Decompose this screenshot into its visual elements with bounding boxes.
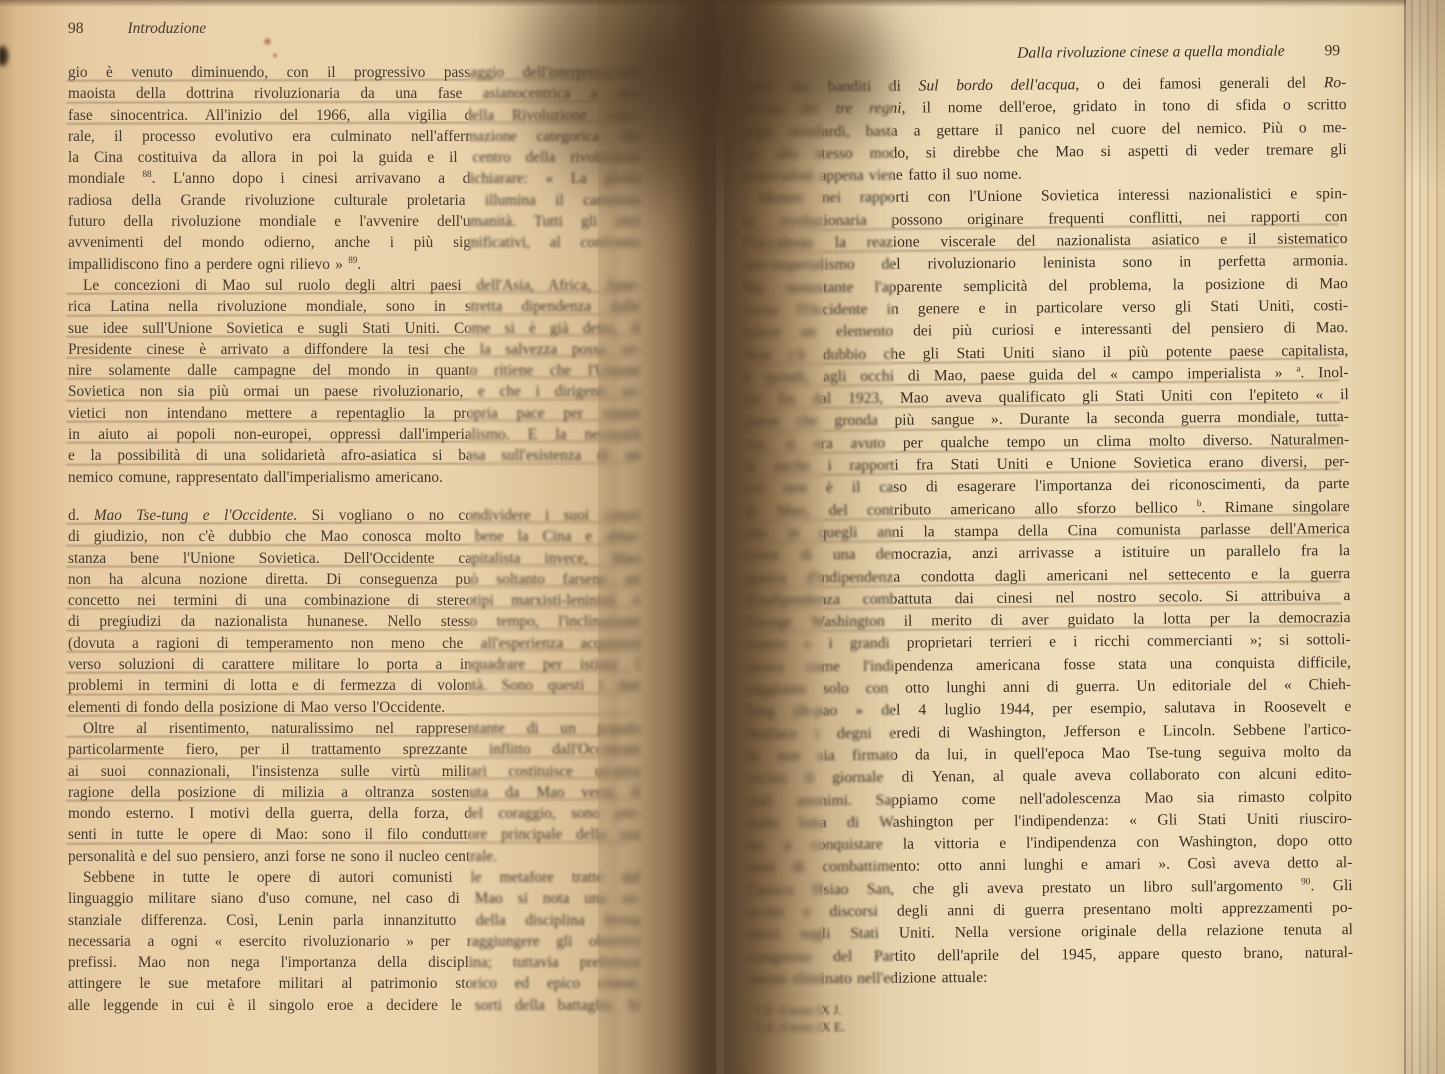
text-line: d. Mao Tse-tung e l'Occidente. Si voglia… bbox=[68, 505, 640, 526]
right-page-footnotes: a Cfr. il testo IX J.b Cfr. il testo IX … bbox=[750, 998, 1354, 1037]
text-line: Oltre al risentimento, naturalissimo nel… bbox=[68, 718, 640, 739]
paper-stain bbox=[263, 36, 272, 47]
text-line: e la possibilità di una solidarietà afro… bbox=[68, 445, 640, 466]
text-line: futuro della rivoluzione mondiale e l'av… bbox=[68, 211, 640, 232]
text-line: Le concezioni di Mao sul ruolo degli alt… bbox=[68, 275, 640, 296]
text-line: (dovuta a ragioni di temperamento non me… bbox=[68, 633, 640, 654]
text-line: Sovietica non sia più ormai un paese riv… bbox=[68, 381, 640, 402]
text-line: linguaggio militare siano d'uso comune, … bbox=[68, 888, 640, 909]
text-line: problemi in termini di lotta e di fermez… bbox=[68, 675, 640, 696]
left-page-number: 98 bbox=[68, 20, 84, 38]
text-line: alle leggende in cui è il singolo eroe a… bbox=[68, 995, 640, 1016]
text-line: rica Latina nella rivoluzione mondiale, … bbox=[68, 296, 640, 317]
text-line: stanza bene l'Unione Sovietica. Dell'Occ… bbox=[68, 548, 640, 569]
text-line: particolarmente fiero, per il trattament… bbox=[68, 739, 640, 760]
text-line: nemico comune, rappresentato dall'imperi… bbox=[68, 467, 640, 488]
text-line: radiosa della Grande rivoluzione cultura… bbox=[68, 190, 640, 211]
paper-stain-small bbox=[272, 52, 278, 59]
right-page-body: vanti dei banditi di Sul bordo dell'acqu… bbox=[742, 72, 1353, 991]
text-line: senti in tutte le opere di Mao: sono il … bbox=[68, 824, 640, 845]
text-line: mondiale 88. L'anno dopo i cinesi arriva… bbox=[68, 168, 640, 189]
text-line: mente eliminato nell'edizione attuale: bbox=[749, 964, 1353, 991]
text-line: ai suoi connazionali, l'insistenza sulle… bbox=[68, 761, 640, 782]
text-line: attingere le sue metafore militari al pa… bbox=[68, 973, 640, 994]
book-photo: 98 Introduzione gio è venuto diminuendo,… bbox=[0, 0, 1445, 1074]
text-line: Presidente cinese è arrivato a diffonder… bbox=[68, 339, 640, 360]
text-line: sue idee sull'Unione Sovietica e sugli S… bbox=[68, 318, 640, 339]
left-page-header: 98 Introduzione bbox=[68, 20, 640, 38]
text-line: Sebbene in tutte le opere di autori comu… bbox=[68, 867, 640, 888]
text-line: di giudizio, non c'è dubbio che Mao cono… bbox=[68, 526, 640, 547]
text-line: impallidiscono fino a perdere ogni rilie… bbox=[68, 254, 640, 275]
text-line: personalità e del suo pensiero, anzi for… bbox=[68, 846, 640, 867]
text-line: la Cina costituiva da allora in poi la g… bbox=[68, 147, 640, 168]
text-line: ragione della posizione di milizia a olt… bbox=[68, 782, 640, 803]
text-line: elementi di fondo della posizione di Mao… bbox=[68, 697, 640, 718]
text-line: rale, il processo evolutivo era culminat… bbox=[68, 126, 640, 147]
right-page-number: 99 bbox=[1324, 42, 1340, 60]
text-line: mondo esterno. I motivi della guerra, de… bbox=[68, 803, 640, 824]
text-line: stanziale differenza. Così, Lenin parla … bbox=[68, 910, 640, 931]
text-line: avvenimenti del mondo odierno, anche i p… bbox=[68, 232, 640, 253]
text-line: prefissi. Mao non nega l'importanza dell… bbox=[68, 952, 640, 973]
text-line: maoista della dottrina rivoluzionaria da… bbox=[68, 83, 640, 104]
right-page: Dalla rivoluzione cinese a quella mondia… bbox=[742, 42, 1354, 1037]
text-line: nire solamente dalle campagne del mondo … bbox=[68, 360, 640, 381]
text-line: vietici non intendano mettere a repentag… bbox=[68, 403, 640, 424]
right-running-title: Dalla rivoluzione cinese a quella mondia… bbox=[1017, 43, 1284, 63]
text-line: in aiuto ai popoli non-europei, oppressi… bbox=[68, 424, 640, 445]
text-line: fase sinocentrica. All'inizio del 1966, … bbox=[68, 105, 640, 126]
text-line: non ha alcuna nozione diretta. Di conseg… bbox=[68, 569, 640, 590]
text-line: verso soluzioni di carattere militare lo… bbox=[68, 654, 640, 675]
text-line: di pregiudizi da nazionalista hunanese. … bbox=[68, 611, 640, 632]
text-line: concetto nei termini di una combinazione… bbox=[68, 590, 640, 611]
left-page-body: gio è venuto diminuendo, con il progress… bbox=[68, 62, 640, 1016]
left-page: 98 Introduzione gio è venuto diminuendo,… bbox=[68, 20, 640, 1016]
text-line: gio è venuto diminuendo, con il progress… bbox=[68, 62, 640, 83]
text-line: necessaria a ogni « esercito rivoluziona… bbox=[68, 931, 640, 952]
left-running-title: Introduzione bbox=[128, 20, 207, 38]
right-page-header: Dalla rivoluzione cinese a quella mondia… bbox=[742, 42, 1346, 65]
